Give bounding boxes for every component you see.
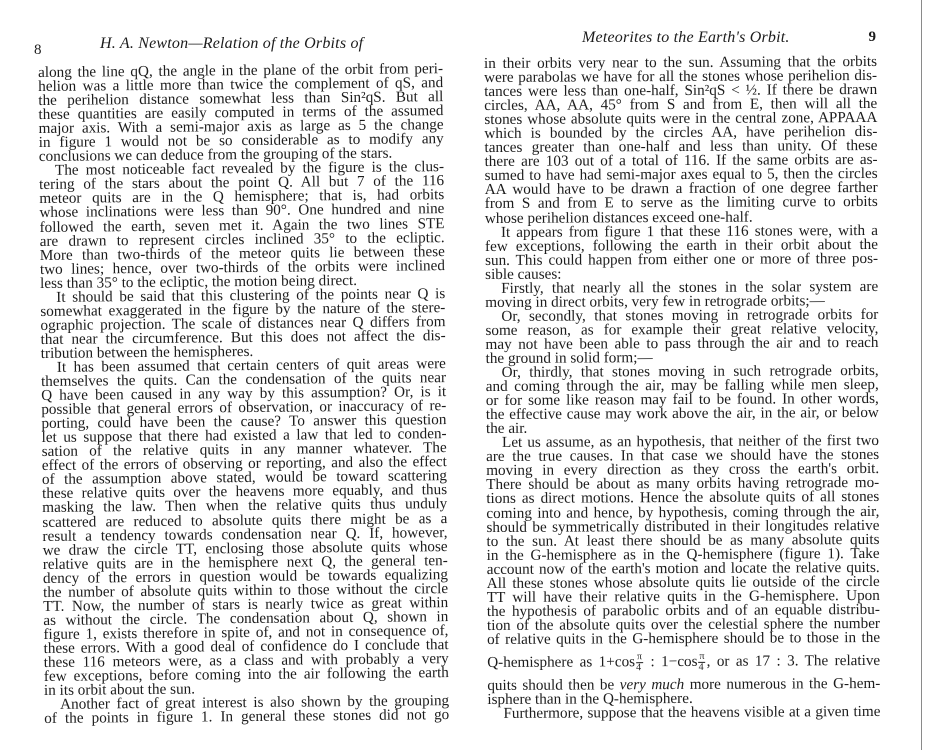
right-page: Meteorites to the Earth's Orbit. 9 in th… [464,0,928,750]
left-page-body-text: along the line qQ, the angle in the plan… [38,62,449,726]
text-line: the effective cause may work above the a… [486,406,879,422]
fraction-pi-over-4: π4 [636,652,643,673]
fraction-pi-over-4: π4 [698,652,705,673]
page-number: 9 [869,29,877,46]
formula-line: Q-hemisphere as 1+cosπ4 : 1−cosπ4, or as… [487,645,880,679]
page-number: 8 [34,42,42,59]
left-page-header: 8 H. A. Newton—Relation of the Orbits of [34,30,434,52]
formula-middle: : 1−cos [644,653,698,670]
running-head: H. A. Newton—Relation of the Orbits of [100,35,363,53]
paragraph-lines: in their orbits very near to the sun. As… [484,55,880,647]
formula-prefix: Q-hemisphere as 1+cos [487,653,635,671]
running-head: Meteorites to the Earth's Orbit. [582,29,790,47]
scan-edge-line [921,0,922,750]
left-page: 8 H. A. Newton—Relation of the Orbits of… [0,0,464,750]
closing-lines: isphere than in the Q-hemisphere.Further… [487,691,880,721]
right-page-header: Meteorites to the Earth's Orbit. 9 [512,30,876,52]
paragraph-start-line: Furthermore, suppose that the heavens vi… [487,705,880,721]
formula-suffix: , or as 17 : 3. The relative [707,652,881,670]
text-line: of the points in figure 1. In general th… [44,708,449,726]
right-page-body-text: in their orbits very near to the sun. As… [484,55,880,721]
